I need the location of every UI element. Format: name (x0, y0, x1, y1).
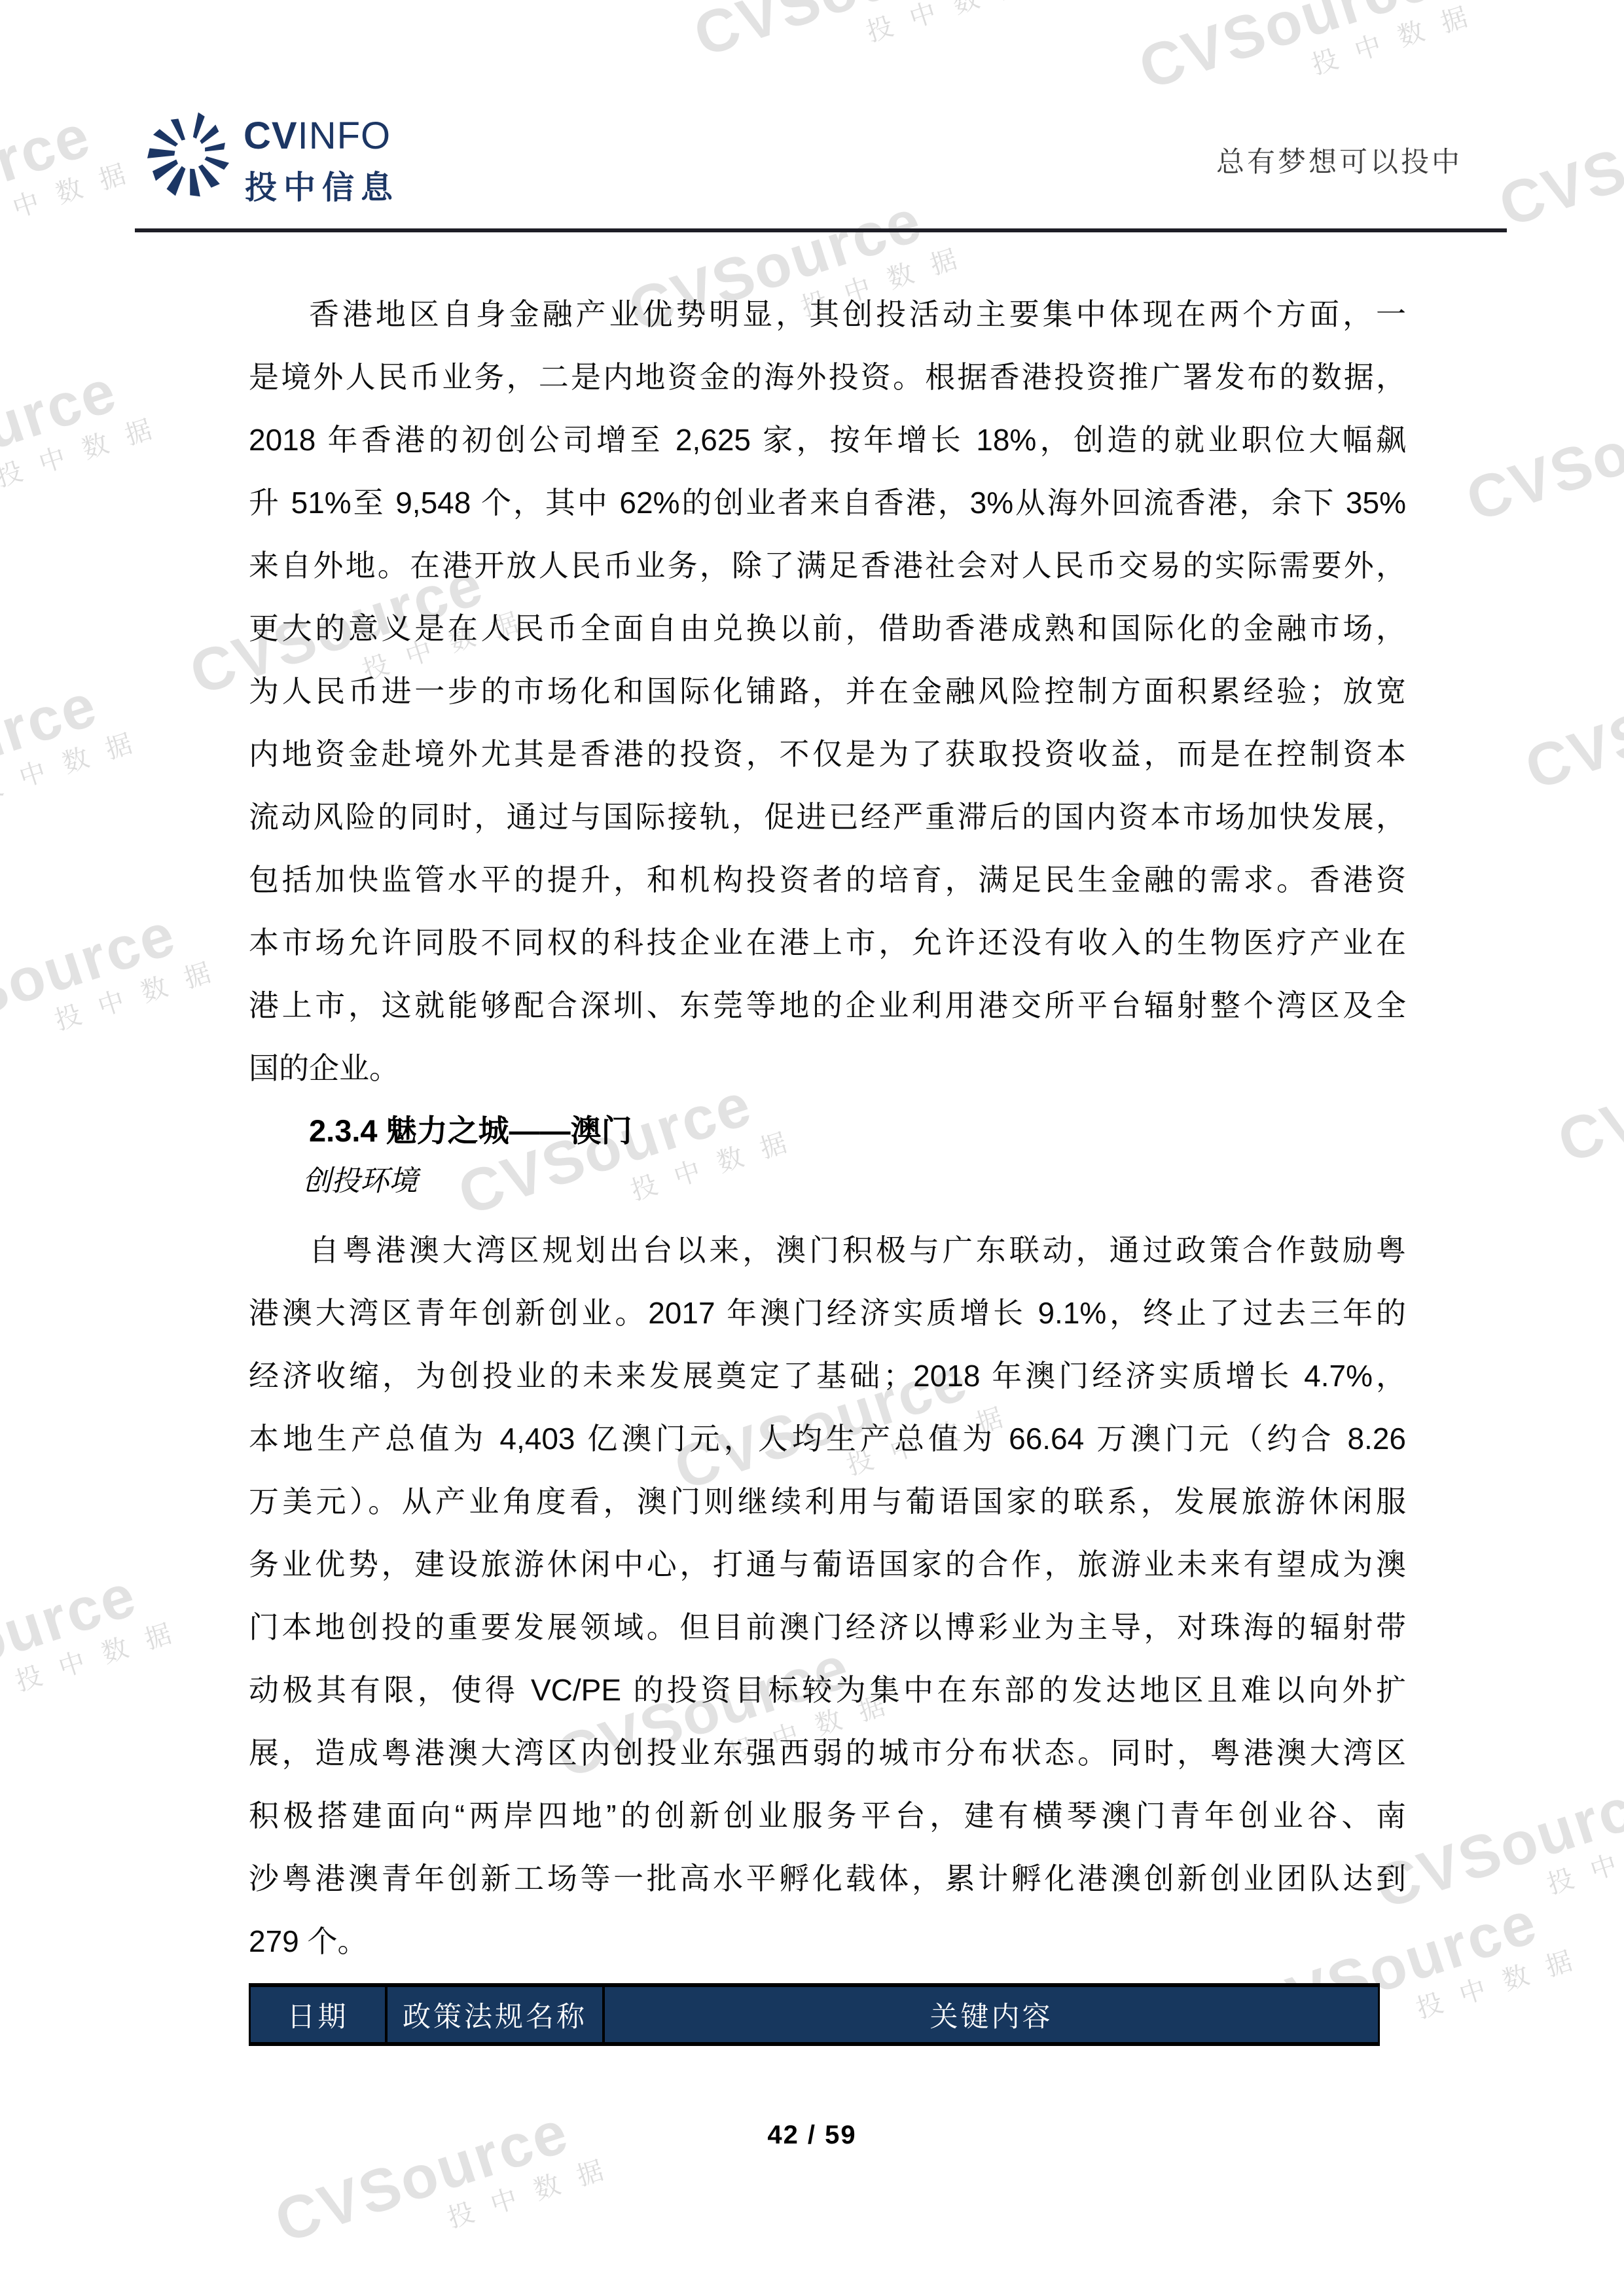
table-header-key-content: 关键内容 (602, 1987, 1378, 2042)
brand-text: CVINFO (244, 117, 391, 156)
text-line: 沙粤港澳青年创新工场等一批高水平孵化载体，累计孵化港澳创新创业团队达到 (249, 1847, 1406, 1910)
text-line: 279 个。 (249, 1910, 1406, 1973)
text-line: 积极搭建面向“两岸四地”的创新创业服务平台，建有横琴澳门青年创业谷、南 (249, 1784, 1406, 1847)
header-rule (135, 228, 1507, 232)
text-line: 更大的意义是在人民币全面自由兑换以前，借助香港成熟和国际化的金融市场， (249, 597, 1406, 660)
watermark: CVSource投 中 数 据 (0, 353, 145, 545)
report-page: CVSource投 中 数 据 CVSource投 中 数 据 CVSource… (0, 0, 1624, 2296)
brand-chinese-name: 投中信息 (245, 162, 399, 208)
watermark: CVSource投 中 数 据 (0, 668, 126, 859)
watermark: CVSource投 中 数 据 (1517, 641, 1624, 833)
text-line: 港上市，这就能够配合深圳、东莞等地的企业利用港交所平台辐射整个湾区及全 (249, 974, 1406, 1037)
brand-info: INFO (298, 115, 391, 157)
text-line: 万美元）。从产业角度看，澳门则继续利用与葡语国家的联系，发展旅游休闲服 (249, 1470, 1406, 1533)
watermark: CVSource投 中 数 据 (1491, 79, 1624, 270)
page-number: 42 / 59 (0, 2121, 1624, 2150)
text-line: 来自外地。在港开放人民币业务，除了满足香港社会对人民币交易的实际需要外， (249, 534, 1406, 597)
text-line: 流动风险的同时，通过与国际接轨，促进已经严重滞后的国内资本市场加快发展， (249, 785, 1406, 848)
paragraph-hongkong: 香港地区自身金融产业优势明显，其创投活动主要集中体现在两个方面，一是境外人民币业… (249, 283, 1406, 1100)
text-line: 升 51%至 9,548 个，其中 62%的创业者来自香港，3%从海外回流香港，… (249, 471, 1406, 534)
text-line: 展，造成粤港澳大湾区内创投业东强西弱的城市分布状态。同时，粤港澳大湾区 (249, 1721, 1406, 1784)
watermark: CVSource投 中 数 据 (0, 1558, 165, 1749)
brand-cv: CV (244, 115, 298, 157)
text-line: 门本地创投的重要发展领域。但目前澳门经济以博彩业为主导，对珠海的辐射带 (249, 1596, 1406, 1659)
text-line: 动极其有限，使得 VC/PE 的投资目标较为集中在东部的发达地区且难以向外扩 (249, 1659, 1406, 1721)
text-line: 本市场允许同股不同权的科技企业在港上市，允许还没有收入的生物医疗产业在 (249, 911, 1406, 974)
text-line: 香港地区自身金融产业优势明显，其创投活动主要集中体现在两个方面，一 (249, 283, 1406, 346)
watermark: CVSource投 中 数 据 (1458, 373, 1624, 565)
watermark: CVSource投 中 数 据 (0, 98, 119, 290)
text-line: 包括加快监管水平的提升，和机构投资者的培育，满足民生金融的需求。香港资 (249, 848, 1406, 911)
table-header-date: 日期 (251, 1987, 385, 2042)
paragraph-macau: 自粤港澳大湾区规划出台以来，澳门积极与广东联动，通过政策合作鼓励粤港澳大湾区青年… (249, 1219, 1406, 1973)
header-tagline: 总有梦想可以投中 (1216, 140, 1462, 180)
text-line: 自粤港澳大湾区规划出台以来，澳门积极与广东联动，通过政策合作鼓励粤 (249, 1219, 1406, 1282)
subsection-heading: 创投环境 (302, 1150, 418, 1213)
text-line: 内地资金赴境外尤其是香港的投资，不仅是为了获取投资收益，而是在控制资本 (249, 723, 1406, 785)
table-header-policy-name: 政策法规名称 (385, 1987, 602, 2042)
watermark: CVSource投 中 数 据 (686, 0, 1015, 99)
text-line: 经济收缩，为创投业的未来发展奠定了基础；2018 年澳门经济实质增长 4.7%， (249, 1344, 1406, 1407)
text-line: 国的企业。 (249, 1037, 1406, 1100)
cvinfo-logo-icon (145, 108, 236, 202)
policy-table-header: 日期 政策法规名称 关键内容 (249, 1983, 1380, 2046)
text-line: 务业优势，建设旅游休闲中心，打通与葡语国家的合作，旅游业未来有望成为澳 (249, 1533, 1406, 1596)
watermark: CVSource投 中 数 据 (1550, 1014, 1624, 1206)
text-line: 为人民币进一步的市场化和国际化铺路，并在金融风险控制方面积累经验；放宽 (249, 660, 1406, 723)
text-line: 2018 年香港的初创公司增至 2,625 家，按年增长 18%，创造的就业职位… (249, 408, 1406, 471)
text-line: 是境外人民币业务，二是内地资金的海外投资。根据香港投资推广署发布的数据， (249, 346, 1406, 408)
text-line: 本地生产总值为 4,403 亿澳门元，人均生产总值为 66.64 万澳门元（约合… (249, 1407, 1406, 1470)
watermark: CVSource投 中 数 据 (0, 897, 204, 1088)
watermark: CVSource投 中 数 据 (1131, 0, 1460, 132)
text-line: 港澳大湾区青年创新创业。2017 年澳门经济实质增长 9.1%，终止了过去三年的 (249, 1282, 1406, 1344)
